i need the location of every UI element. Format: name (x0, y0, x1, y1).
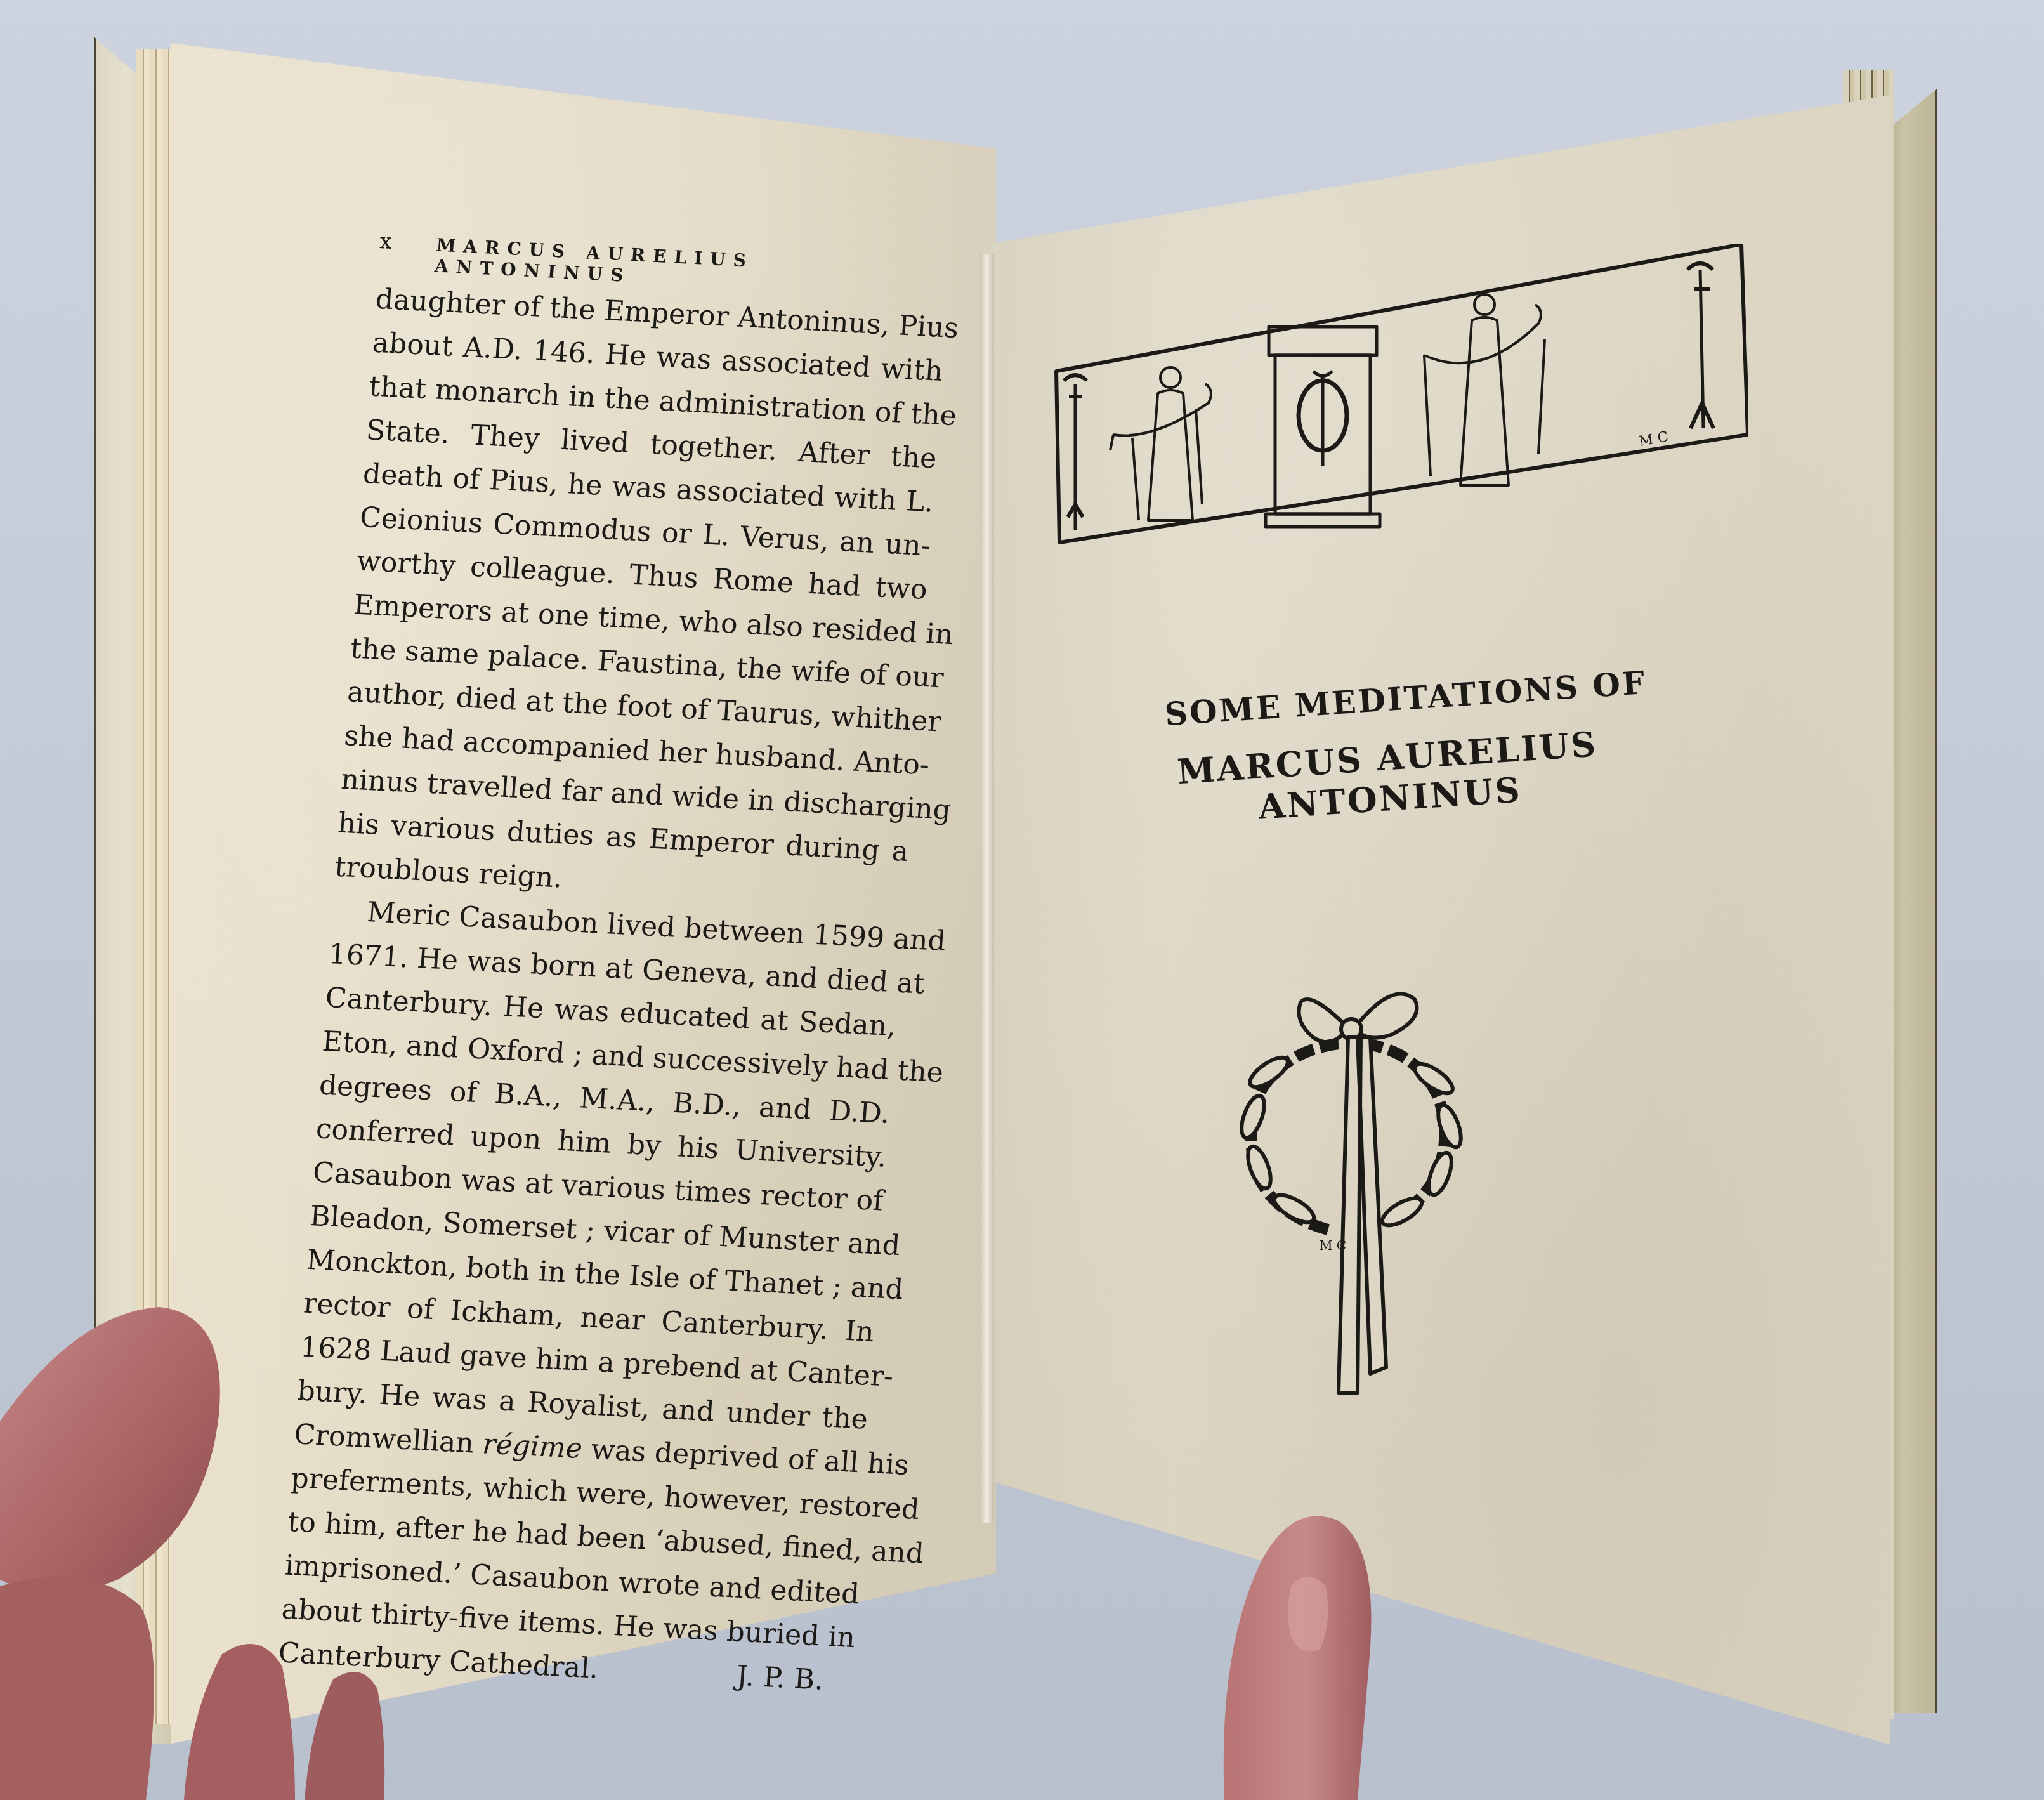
draped-figure-icon (1424, 294, 1545, 485)
draped-figure-icon (1110, 367, 1211, 520)
finger-icon (0, 1577, 154, 1800)
left-hand-fingers (0, 1269, 761, 1800)
thumb-icon (0, 1307, 220, 1593)
wreath-monogram: M C (1320, 1238, 1346, 1253)
right-thumb (1180, 1510, 1497, 1800)
finger-icon (305, 1672, 384, 1800)
laurel-wreath-illustration: M C (1218, 983, 1484, 1402)
book-gutter (980, 254, 994, 1523)
paragraph-1: daughter of the Emperor Antoninus, Pius … (333, 277, 947, 917)
classical-frieze-illustration: M C (1050, 244, 1748, 549)
page-number: x (379, 228, 393, 254)
ribbon-ends-icon (1339, 1037, 1386, 1393)
lamp-stand-icon (1064, 375, 1087, 530)
thumbnail-icon (1288, 1577, 1328, 1652)
finger-icon (184, 1644, 295, 1800)
book-photo: x MARCUS AURELIUS ANTONINUS daughter of … (0, 0, 2044, 1800)
thumb-icon (1224, 1516, 1372, 1800)
lamp-stand-icon (1687, 263, 1713, 428)
